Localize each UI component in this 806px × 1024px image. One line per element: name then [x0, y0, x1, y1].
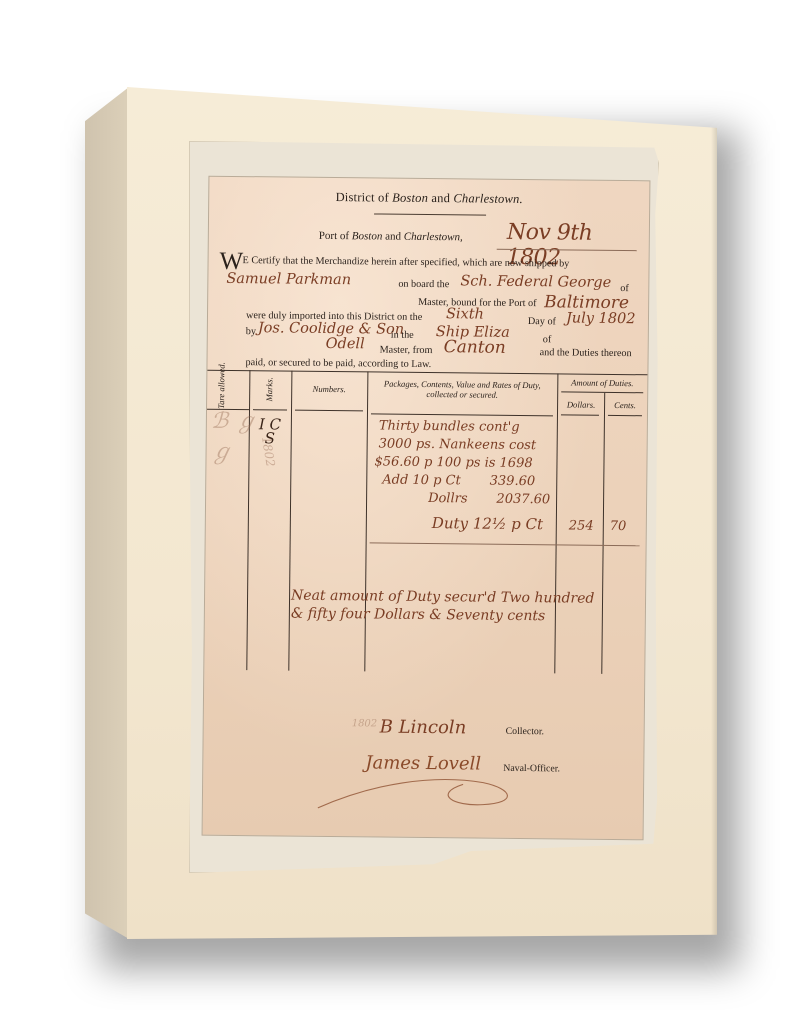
shipper-name: Samuel Parkman	[226, 271, 351, 288]
contents-line: $56.60 p 100 ps is 1698	[374, 454, 532, 471]
contents-line: 3000 ps. Nankeens cost	[379, 437, 537, 454]
duty-cents: 70	[610, 519, 627, 534]
header-amount-of-duties: Amount of Duties.	[559, 378, 645, 389]
vessel-name: Sch. Federal George	[460, 273, 611, 291]
header-cents: Cents.	[605, 401, 645, 411]
port-line: Port of Boston and Charlestown,	[319, 230, 463, 244]
header-dollars: Dollars.	[559, 400, 603, 410]
contents-line: Thirty bundles cont'g	[379, 419, 520, 435]
import-day: Sixth	[446, 306, 484, 322]
canvas-side-edge	[85, 87, 129, 939]
duty-dollars: 254	[569, 518, 594, 533]
contents-line: Add 10 p Ct 339.60	[382, 473, 535, 490]
faded-pencil-note: 1802	[352, 718, 378, 729]
duty-rate: Duty 12½ p Ct	[432, 514, 543, 533]
customs-certificate-document: District of Boston and Charlestown. Port…	[202, 176, 651, 841]
table-top-rule	[207, 370, 647, 376]
collector-label: Collector.	[506, 726, 544, 737]
header-packages: Packages, Contents, Value and Rates of D…	[373, 379, 551, 401]
faded-marginalia: ℬ ℊℊ	[210, 407, 257, 469]
origin-port: Canton	[444, 337, 506, 358]
district-heading: District of Boston and Charlestown.	[209, 189, 649, 209]
contents-line: Dollrs 2037.60	[428, 491, 550, 507]
heading-rule	[374, 213, 486, 215]
import-month: July 1802	[566, 310, 636, 327]
header-tare-allowed: Tare allowed.	[217, 362, 227, 409]
header-marks: Marks.	[265, 377, 275, 401]
total-duty-line: & fifty four Dollars & Seventy cents	[291, 606, 546, 625]
master-name: Odell	[326, 336, 365, 352]
collector-signature: B Lincoln	[380, 717, 467, 739]
certify-line: E Certify that the Merchandize herein af…	[243, 255, 570, 269]
signature-flourish	[313, 763, 534, 815]
header-numbers: Numbers.	[293, 385, 365, 396]
total-duty-line: Neat amount of Duty secur'd Two hundred	[291, 588, 594, 607]
